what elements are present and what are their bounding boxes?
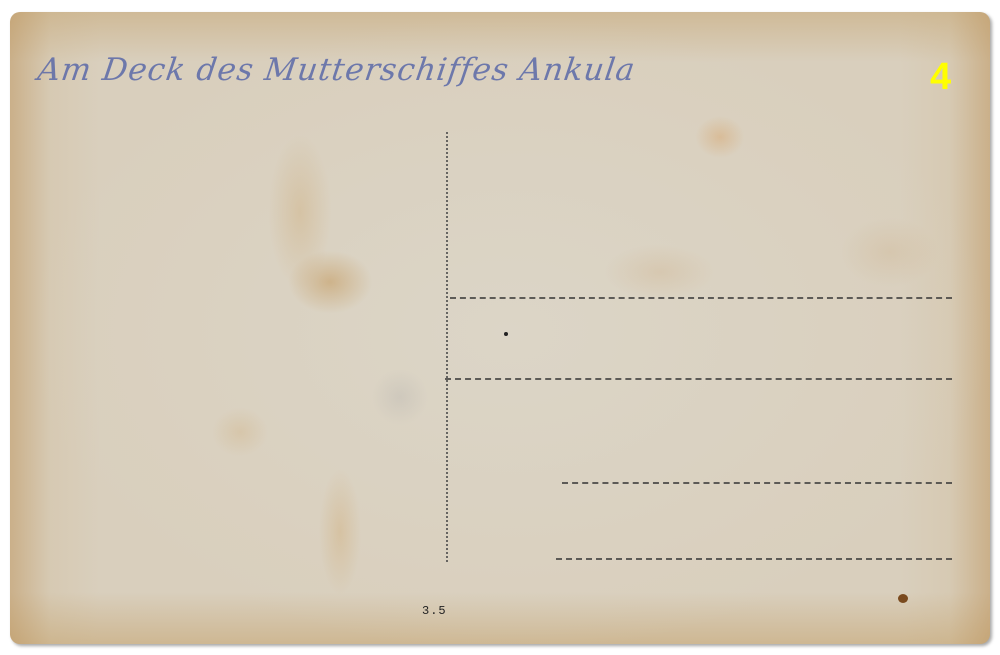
overlay-number-label: 4 — [930, 56, 951, 99]
printed-code: 3.5 — [422, 604, 447, 618]
center-divider-line — [446, 132, 448, 562]
handwritten-caption: Am Deck des Mutterschiffes Ankula — [35, 52, 637, 88]
stain-spot — [898, 594, 908, 603]
address-line-3 — [562, 482, 952, 484]
ink-speck — [504, 332, 508, 336]
postcard-back: Am Deck des Mutterschiffes Ankula 4 3.5 — [10, 12, 990, 644]
address-line-1 — [450, 297, 952, 299]
address-line-4 — [556, 558, 952, 560]
address-line-2 — [445, 378, 952, 380]
